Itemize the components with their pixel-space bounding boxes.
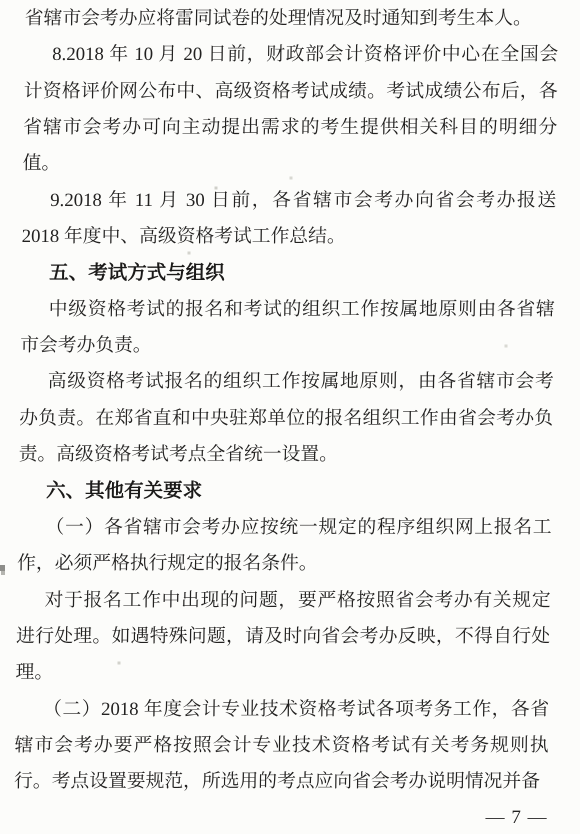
document-sheet: 省辖市会考办应将雷同试卷的处理情况及时通知到考生本人。8.2018 年 10 月… — [0, 0, 580, 829]
paragraph: （二）2018 年度会计专业技术资格考试各项考务工作，各省辖市会考办要严格按照会… — [14, 692, 550, 801]
section-heading: 五、考试方式与组织 — [21, 255, 556, 291]
scanned-document-page: 省辖市会考办应将雷同试卷的处理情况及时通知到考生本人。8.2018 年 10 月… — [0, 0, 580, 834]
section-heading: 六、其他有关要求 — [18, 473, 553, 509]
paragraph: 9.2018 年 11 月 30 日前，各省辖市会考办向省会考办报送 2018 … — [21, 183, 556, 256]
paragraph: （一）各省辖市会考办应按统一规定的程序组织网上报名工作，必须严格执行规定的报名条… — [17, 510, 552, 583]
paragraph: 8.2018 年 10 月 20 日前，财政部会计资格评价中心在全国会计资格评价… — [22, 37, 558, 182]
paragraph: 中级资格考试的报名和考试的组织工作按属地原则由各省辖市会考办负责。 — [20, 292, 555, 365]
paragraph: 省辖市会考办应将雷同试卷的处理情况及时通知到考生本人。 — [24, 1, 559, 37]
document-body: 省辖市会考办应将雷同试卷的处理情况及时通知到考生本人。8.2018 年 10 月… — [14, 1, 559, 801]
page-number: — 7 — — [13, 807, 547, 829]
paragraph: 高级资格考试报名的组织工作按属地原则，由各省辖市会考办负责。在郑省直和中央驻郑单… — [18, 364, 554, 473]
paragraph: 对于报名工作中出现的问题，要严格按照省会考办有关规定进行处理。如遇特殊问题，请及… — [15, 583, 551, 692]
